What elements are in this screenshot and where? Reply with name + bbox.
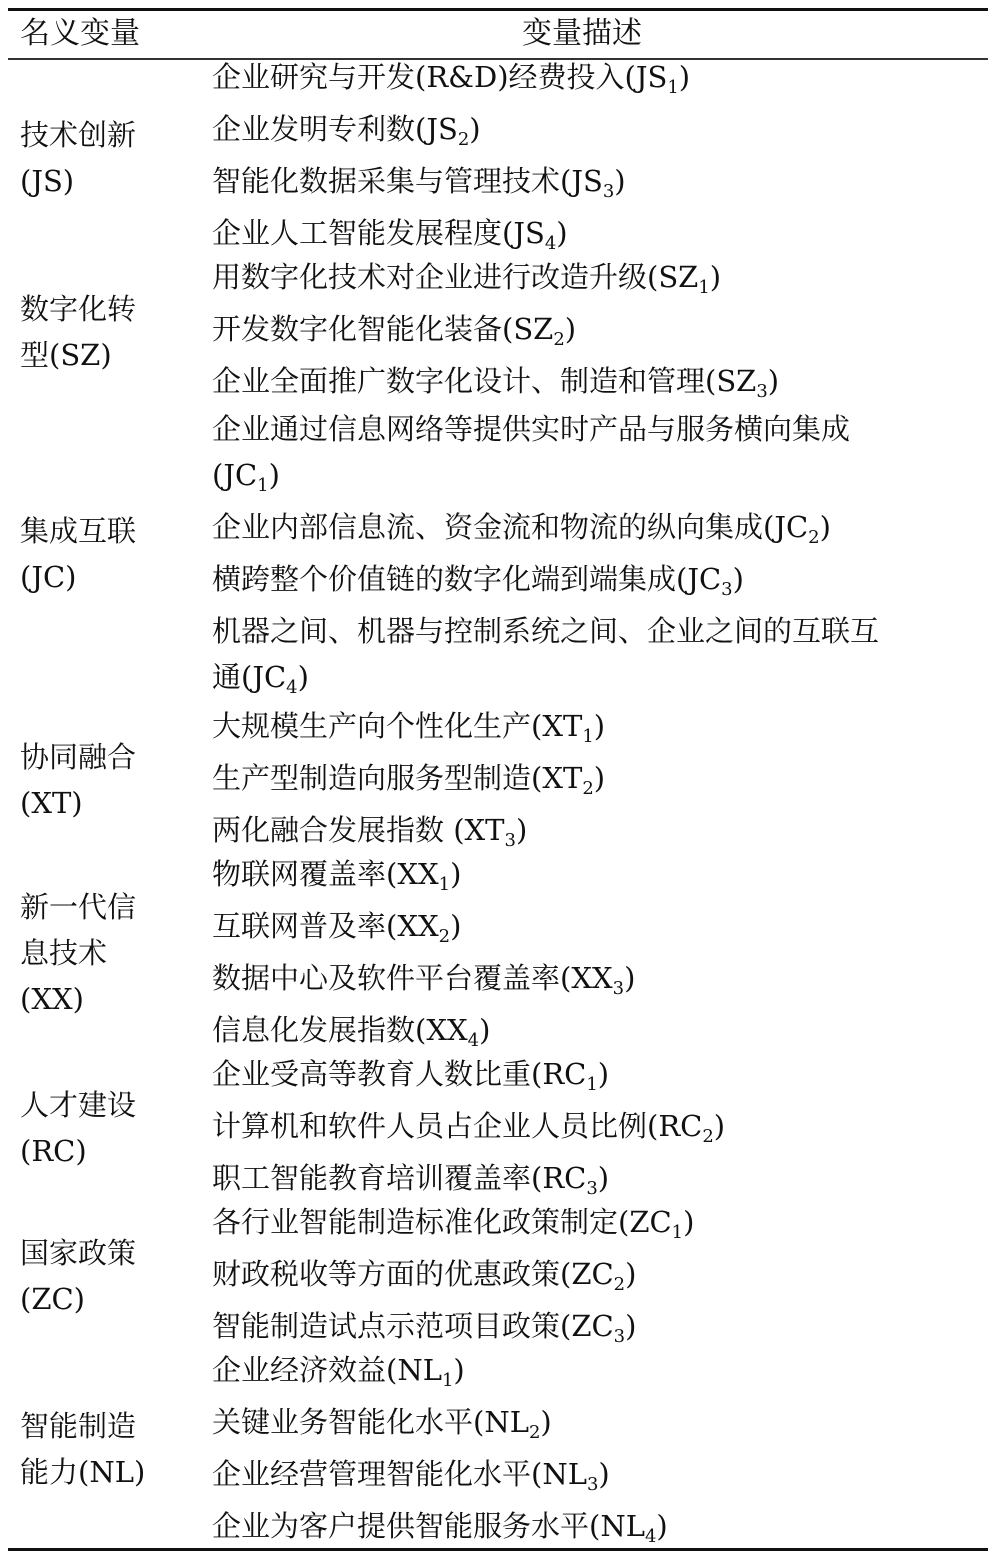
desc-nl1: 企业经济效益(NL1) [212, 1347, 982, 1393]
group-label-line: 国家政策 [20, 1230, 200, 1276]
group-label-line: 型(SZ) [20, 332, 200, 378]
desc-rc3: 职工智能教育培训覆盖率(RC3) [212, 1155, 982, 1201]
desc-xx3: 数据中心及软件平台覆盖率(XX3) [212, 955, 982, 1001]
group-label-line: 数字化转 [20, 286, 200, 332]
desc-sz1: 用数字化技术对企业进行改造升级(SZ1) [212, 254, 982, 300]
desc-nl3: 企业经营管理智能化水平(NL3) [212, 1451, 982, 1497]
group-label-line: 智能制造 [20, 1403, 200, 1449]
desc-sz3: 企业全面推广数字化设计、制造和管理(SZ3) [212, 358, 982, 404]
group-label-line: (JC) [20, 554, 200, 600]
header-variable: 名义变量 [20, 14, 140, 54]
group-label-line: 技术创新 [20, 112, 200, 158]
desc-zc2: 财政税收等方面的优惠政策(ZC2) [212, 1251, 982, 1297]
desc-rc1: 企业受高等教育人数比重(RC1) [212, 1051, 982, 1097]
table-top-rule [8, 8, 988, 11]
group-label-line: 集成互联 [20, 508, 200, 554]
table-bottom-rule [8, 1548, 988, 1551]
desc-nl4: 企业为客户提供智能服务水平(NL4) [212, 1503, 982, 1549]
group-label-line: (XX) [20, 976, 200, 1022]
group-label-jc: 集成互联 (JC) [20, 508, 200, 600]
group-label-line: 人才建设 [20, 1082, 200, 1128]
desc-xx2: 互联网普及率(XX2) [212, 903, 982, 949]
desc-rc2: 计算机和软件人员占企业人员比例(RC2) [212, 1103, 982, 1149]
group-label-line: (ZC) [20, 1276, 200, 1322]
group-label-line: 能力(NL) [20, 1449, 200, 1495]
desc-xt1: 大规模生产向个性化生产(XT1) [212, 703, 982, 749]
desc-xx1: 物联网覆盖率(XX1) [212, 851, 982, 897]
header-description: 变量描述 [522, 14, 642, 54]
desc-js3: 智能化数据采集与管理技术(JS3) [212, 158, 982, 204]
desc-sz2: 开发数字化智能化装备(SZ2) [212, 306, 982, 352]
desc-xx4: 信息化发展指数(XX4) [212, 1007, 982, 1053]
desc-nl2: 关键业务智能化水平(NL2) [212, 1399, 982, 1445]
group-label-js: 技术创新 (JS) [20, 112, 200, 204]
group-label-line: (JS) [20, 158, 200, 204]
group-label-line: 息技术 [20, 930, 200, 976]
desc-zc3: 智能制造试点示范项目政策(ZC3) [212, 1303, 982, 1349]
group-label-line: 新一代信 [20, 884, 200, 930]
group-label-xt: 协同融合 (XT) [20, 734, 200, 826]
desc-xt2: 生产型制造向服务型制造(XT2) [212, 755, 982, 801]
group-label-line: 协同融合 [20, 734, 200, 780]
group-label-rc: 人才建设 (RC) [20, 1082, 200, 1174]
group-label-sz: 数字化转 型(SZ) [20, 286, 200, 378]
group-label-xx: 新一代信 息技术 (XX) [20, 884, 200, 1022]
desc-jc4: 机器之间、机器与控制系统之间、企业之间的互联互通(JC4) [212, 608, 982, 700]
desc-js4: 企业人工智能发展程度(JS4) [212, 210, 982, 256]
group-label-zc: 国家政策 (ZC) [20, 1230, 200, 1322]
group-label-line: (RC) [20, 1128, 200, 1174]
desc-jc2: 企业内部信息流、资金流和物流的纵向集成(JC2) [212, 504, 982, 550]
desc-jc1: 企业通过信息网络等提供实时产品与服务横向集成(JC1) [212, 406, 982, 498]
desc-js2: 企业发明专利数(JS2) [212, 106, 982, 152]
desc-zc1: 各行业智能制造标准化政策制定(ZC1) [212, 1199, 982, 1245]
desc-js1: 企业研究与开发(R&D)经费投入(JS1) [212, 54, 982, 100]
desc-jc3: 横跨整个价值链的数字化端到端集成(JC3) [212, 556, 982, 602]
group-label-nl: 智能制造 能力(NL) [20, 1403, 200, 1495]
group-label-line: (XT) [20, 780, 200, 826]
desc-xt3: 两化融合发展指数 (XT3) [212, 807, 982, 853]
